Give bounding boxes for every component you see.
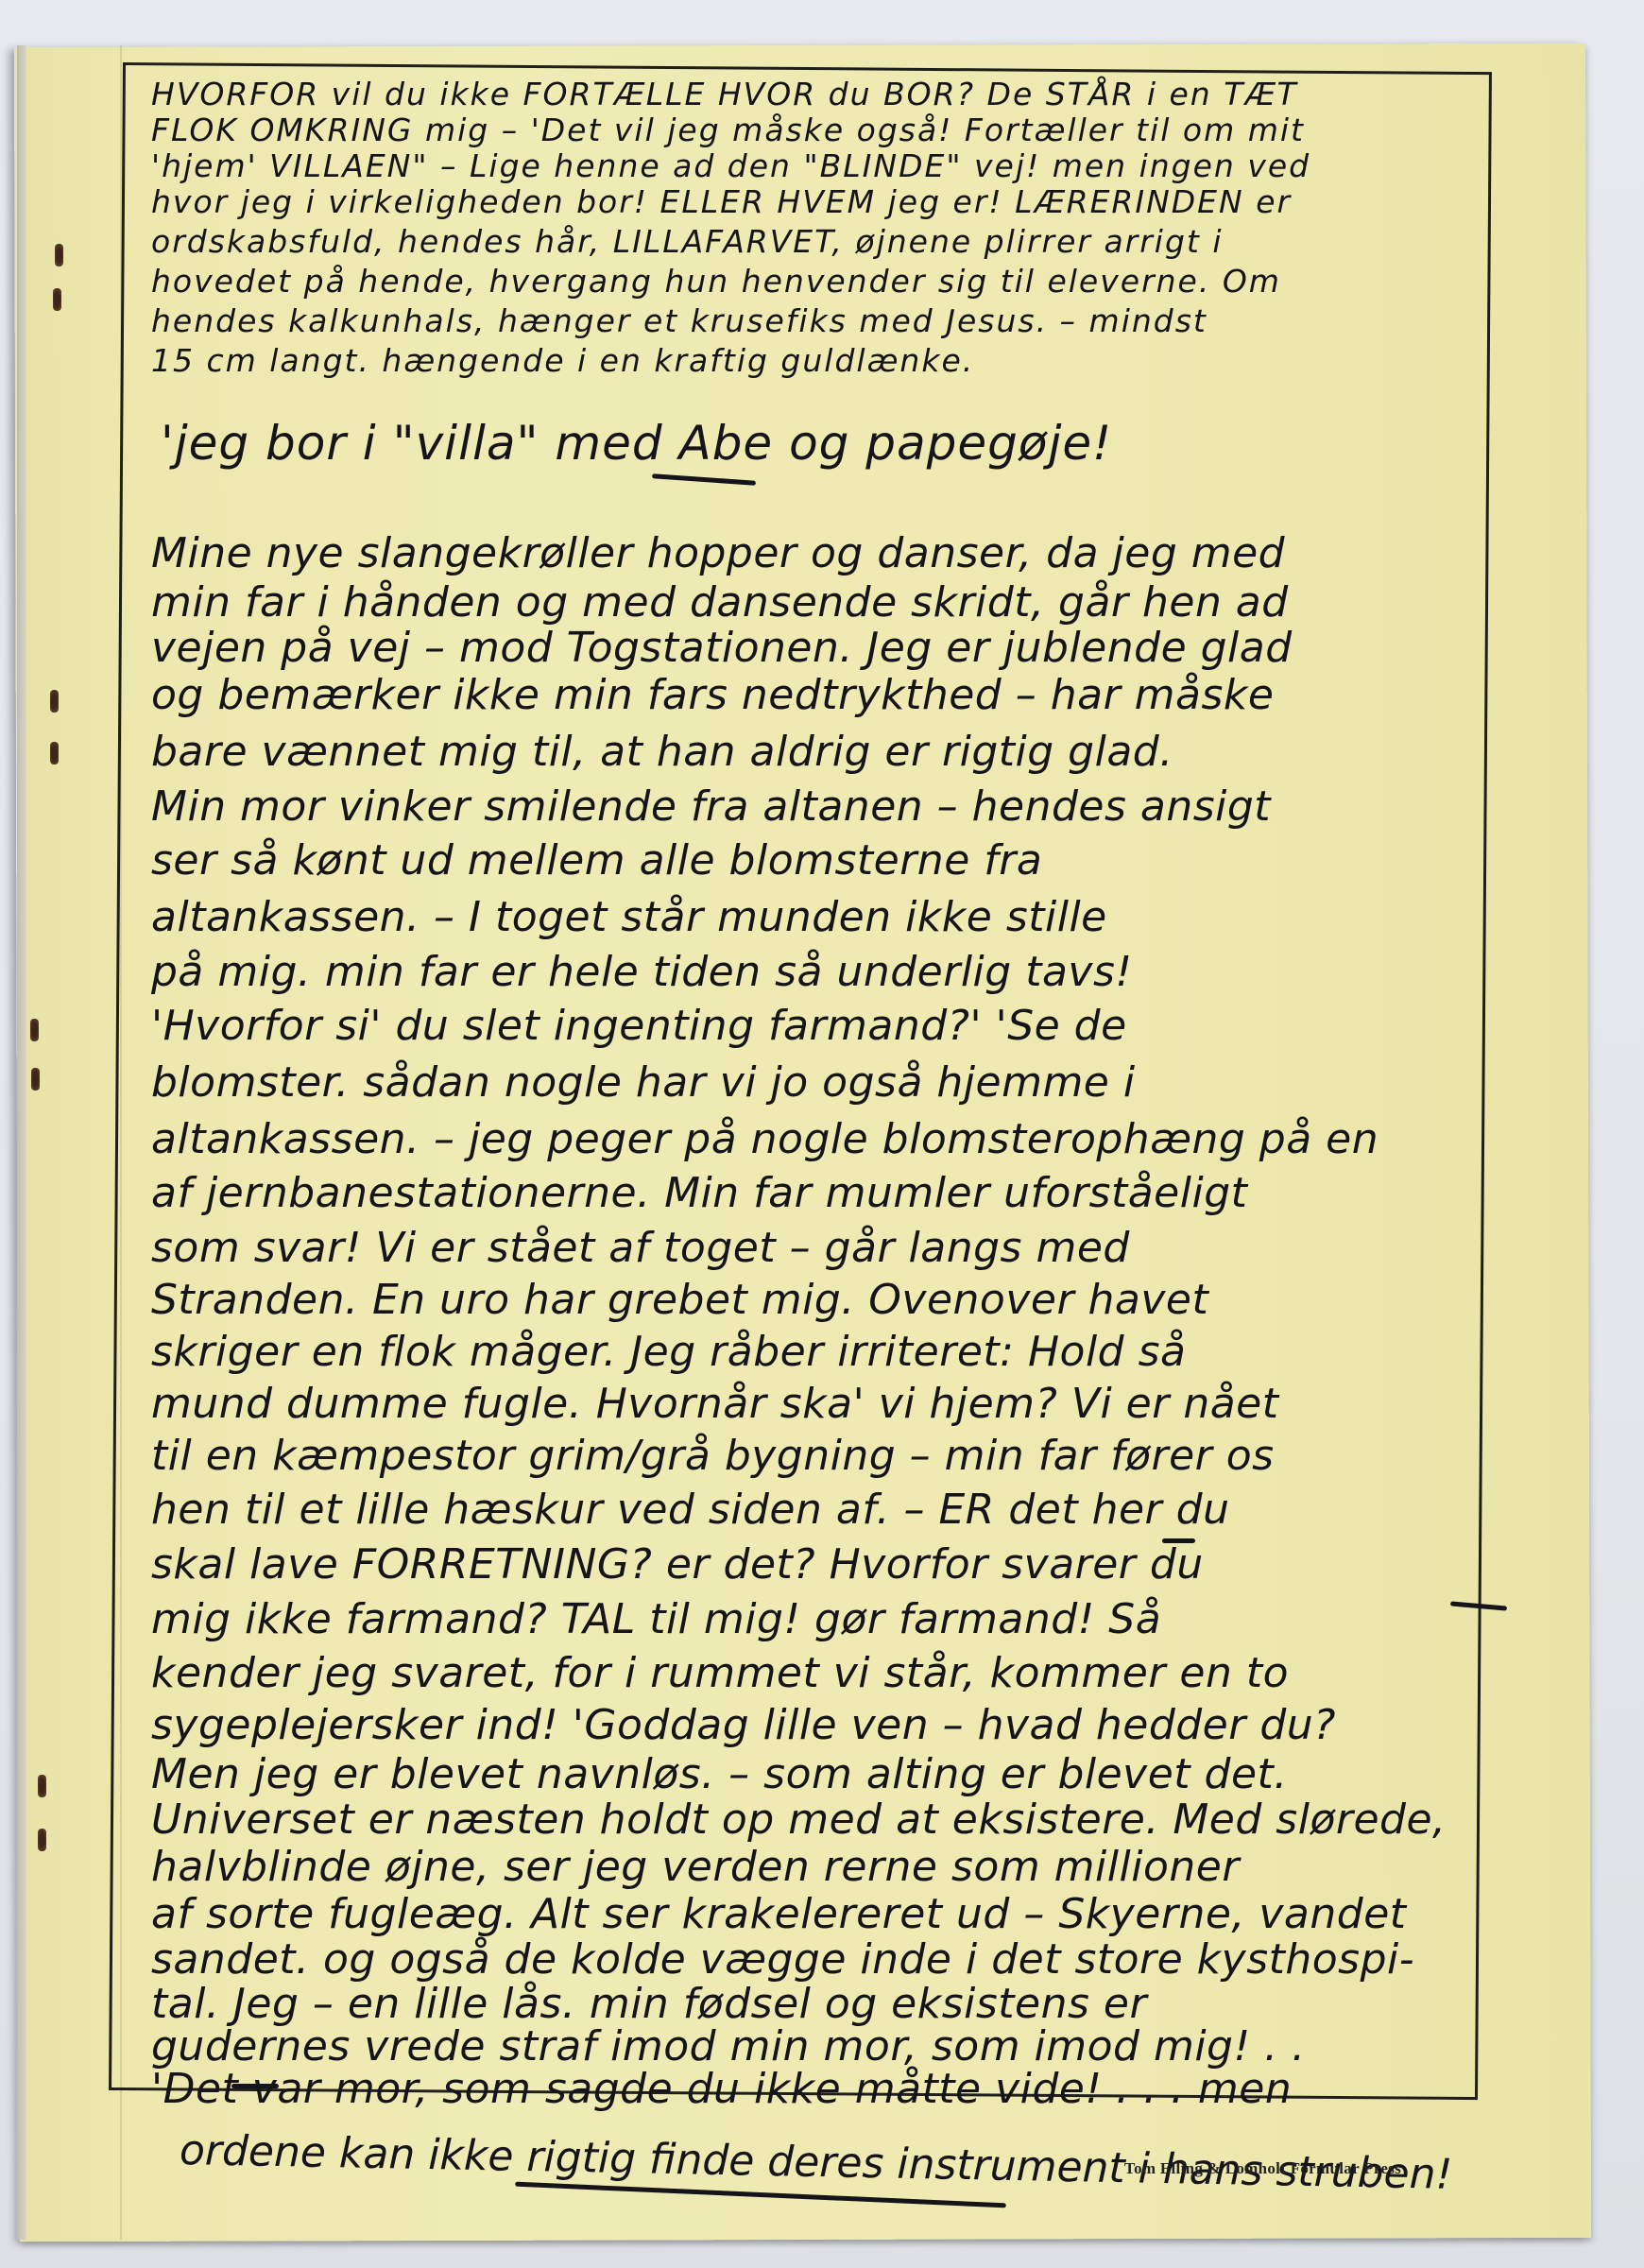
body-line: mig ikke farmand? TAL til mig! gør farma… [151, 1595, 1161, 1643]
header-line: ordskabsfuld, hendes hår, LILLAFARVET, ø… [151, 223, 1224, 260]
header-line: 'hjem' VILLAEN" – Lige henne ad den "BLI… [151, 147, 1310, 184]
body-line: Universet er næsten holdt op med at eksi… [151, 1795, 1447, 1844]
body-line: mund dumme fugle. Hvornår ska' vi hjem? … [151, 1380, 1279, 1428]
body-line: 'Hvorfor si' du slet ingenting farmand?'… [151, 1002, 1127, 1050]
body-line: gudernes vrede straf imod min mor, som i… [151, 2022, 1306, 2070]
body-line: vejen på vej – mod Togstationen. Jeg er … [151, 624, 1293, 672]
underline-mark [231, 2084, 279, 2088]
punch-hole-icon [31, 1068, 40, 1091]
body-line: sygeplejersker ind! 'Goddag lille ven – … [151, 1701, 1336, 1749]
header-line: hovedet på hende, hvergang hun henvender… [151, 263, 1281, 300]
header-line: hvor jeg i virkeligheden bor! ELLER HVEM… [151, 183, 1292, 220]
body-line: og bemærker ikke min fars nedtrykthed – … [151, 671, 1274, 719]
body-line: altankassen. – jeg peger på nogle blomst… [151, 1115, 1379, 1163]
body-line: bare vænnet mig til, at han aldrig er ri… [151, 728, 1173, 776]
body-line: Stranden. En uro har grebet mig. Ovenove… [151, 1276, 1208, 1324]
body-line: på mig. min far er hele tiden så underli… [151, 948, 1133, 996]
header-line: 15 cm langt. hængende i en kraftig guldl… [151, 342, 974, 379]
punch-hole-icon [53, 288, 61, 311]
header-line: HVORFOR vil du ikke FORTÆLLE HVOR du BOR… [151, 76, 1298, 112]
body-line: skal lave FORRETNING? er det? Hvorfor sv… [151, 1540, 1204, 1589]
body-line: hen til et lille hæskur ved siden af. – … [151, 1486, 1229, 1534]
header-line: hendes kalkunhals, hænger et krusefiks m… [151, 302, 1207, 339]
punch-hole-icon [38, 1775, 46, 1797]
body-line: halvblinde øjne, ser jeg verden rerne so… [151, 1843, 1240, 1891]
body-line: tal. Jeg – en lille lås. min fødsel og e… [151, 1980, 1147, 2028]
header-line: FLOK OMKRING mig – 'Det vil jeg måske og… [151, 112, 1305, 148]
printer-credit: Tom Elling & Lomholt Formular Press [1124, 2159, 1401, 2178]
body-line: kender jeg svaret, for i rummet vi står,… [151, 1649, 1289, 1697]
body-line: af sorte fugleæg. Alt ser krakelereret u… [151, 1890, 1407, 1938]
body-line: af jernbanestationerne. Min far mumler u… [151, 1169, 1247, 1217]
punch-hole-icon [38, 1829, 46, 1851]
underline-mark [1162, 1538, 1195, 1543]
body-line: 'Det var mor, som sagde du ikke måtte vi… [151, 2065, 1292, 2113]
punch-hole-icon [50, 742, 59, 765]
title-line: 'jeg bor i "villa" med Abe og papegøje! [161, 416, 1112, 471]
body-line: som svar! Vi er stået af toget – går lan… [151, 1224, 1130, 1272]
punch-hole-icon [50, 690, 59, 713]
body-line: Mine nye slangekrøller hopper og danser,… [151, 529, 1285, 577]
body-line: altankassen. – I toget står munden ikke … [151, 893, 1107, 941]
punch-hole-icon [55, 244, 63, 266]
body-line: skriger en flok måger. Jeg råber irriter… [151, 1328, 1187, 1376]
body-line: Min mor vinker smilende fra altanen – he… [151, 782, 1271, 831]
punch-hole-icon [30, 1019, 39, 1041]
body-line: sandet. og også de kolde vægge inde i de… [151, 1935, 1414, 1984]
body-line: Men jeg er blevet navnløs. – som alting … [151, 1750, 1288, 1798]
paper-stack-edge [17, 45, 26, 2240]
body-line: min far i hånden og med dansende skridt,… [151, 578, 1289, 627]
body-line: blomster. sådan nogle har vi jo også hje… [151, 1058, 1136, 1107]
body-line: ser så kønt ud mellem alle blomsterne fr… [151, 836, 1042, 885]
body-line: til en kæmpestor grim/grå bygning – min … [151, 1432, 1275, 1480]
